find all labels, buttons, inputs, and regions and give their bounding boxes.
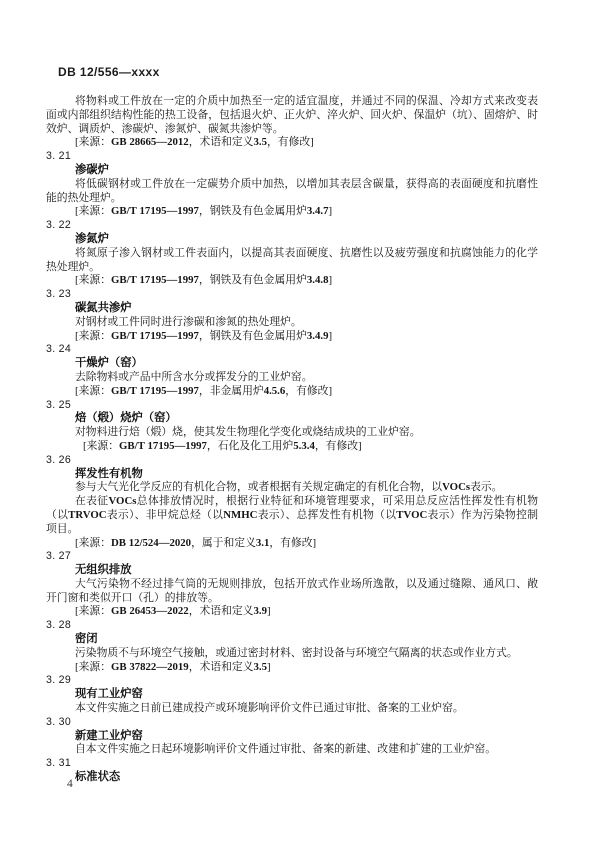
term-section: 3. 27 无组织排放 大气污染物不经过排气筒的无规则排放，包括开放式作业场所逸… (46, 550, 538, 619)
section-number: 3. 27 (46, 550, 538, 564)
latin-text: 17195—1997 (140, 330, 199, 342)
source-line: [来源：GB/T 17195—1997，非金属用炉4.5.6，有修改] (46, 385, 538, 399)
definition-paragraph: 将低碳钢材或工件放在一定碳势介质中加热，以增加其表层含碳量，获得高的表面硬度和抗… (46, 178, 538, 206)
definition-paragraph: 在表征VOCs总体排放情况时，根据行业特征和环境管理要求，可采用总反应活性挥发性… (46, 495, 538, 536)
section-number: 3. 24 (46, 343, 538, 357)
section-paragraphs: 污染物质不与环境空气接触，或通过密封材料、密封设备与环境空气隔离的状态或作业方式… (46, 647, 538, 675)
source-line: [来源：DB 12/524—2020，属于和定义3.1，有修改] (46, 537, 538, 551)
section-term: 密闭 (75, 633, 538, 647)
section-number: 3. 28 (46, 619, 538, 633)
term-section: 3. 24 干燥炉（窑） 去除物料或产品中所含水分或挥发分的工业炉窑。[来源：G… (46, 343, 538, 398)
section-term: 碳氮共渗炉 (75, 302, 538, 316)
latin-text: 3.4.8 (307, 274, 329, 286)
latin-text: 3.1 (256, 537, 270, 549)
section-paragraphs: 大气污染物不经过排气筒的无规则排放，包括开放式作业场所逸散，以及通过缝隙、通风口… (46, 578, 538, 619)
latin-text: VOCs (108, 495, 136, 507)
definition-paragraph: 本文件实施之日前已建成投产或环境影响评价文件已通过审批、备案的工业炉窑。 (46, 702, 538, 716)
source-line: [来源：GB 37822—2019，术语和定义3.5] (46, 661, 538, 675)
latin-text: 12/524—2020 (129, 537, 191, 549)
term-section: 3. 30 新建工业炉窑 自本文件实施之日起环境影响评价文件通过审批、备案的新建… (46, 716, 538, 757)
latin-text: 5.3.4 (293, 440, 315, 452)
latin-text: 17195—1997 (140, 274, 199, 286)
latin-text: GB (111, 136, 127, 148)
latin-text: GB/T (111, 330, 137, 342)
section-number: 3. 21 (46, 150, 538, 164)
section-number: 3. 29 (46, 674, 538, 688)
intro-paragraph: 将物料或工件放在一定的介质中加热至一定的适宜温度，并通过不同的保温、冷却方式来改… (46, 95, 538, 136)
definition-paragraph: 将氮原子渗入钢材或工件表面内，以提高其表面硬度、抗磨性以及疲劳强度和抗腐蚀能力的… (46, 247, 538, 275)
latin-text: GB (111, 605, 127, 617)
section-number: 3. 26 (46, 454, 538, 468)
intro-source-line: [来源：GB 28665—2012，术语和定义3.5，有修改] (46, 136, 538, 150)
latin-text: DB (111, 537, 126, 549)
section-term: 焙（煅）烧炉（窑） (75, 412, 538, 426)
section-number: 3. 31 (46, 757, 538, 771)
section-term: 挥发性有机物 (75, 468, 538, 482)
section-number: 3. 23 (46, 288, 538, 302)
definition-paragraph: 对物料进行焙（煅）烧，使其发生物理化学变化或烧结成块的工业炉窑。 (46, 426, 538, 440)
latin-text: GB/T (119, 440, 145, 452)
definition-paragraph: 去除物料或产品中所含水分或挥发分的工业炉窑。 (46, 371, 538, 385)
latin-text: NMHC (223, 509, 257, 521)
latin-text: 17195—1997 (148, 440, 207, 452)
section-term: 现有工业炉窑 (75, 688, 538, 702)
latin-text: 4.5.6 (264, 385, 286, 397)
latin-text: 17195—1997 (140, 385, 199, 397)
section-paragraphs: 本文件实施之日前已建成投产或环境影响评价文件已通过审批、备案的工业炉窑。 (46, 702, 538, 716)
term-section: 3. 28 密闭 污染物质不与环境空气接触，或通过密封材料、密封设备与环境空气隔… (46, 619, 538, 674)
section-paragraphs: 将氮原子渗入钢材或工件表面内，以提高其表面硬度、抗磨性以及疲劳强度和抗腐蚀能力的… (46, 247, 538, 288)
section-number: 3. 30 (46, 716, 538, 730)
section-term: 无组织排放 (75, 564, 538, 578)
section-term: 渗氮炉 (75, 233, 538, 247)
source-line: [来源：GB/T 17195—1997，钢铁及有色金属用炉3.4.7] (46, 205, 538, 219)
document-page: DB 12/556—xxxx 将物料或工件放在一定的介质中加热至一定的适宜温度，… (0, 0, 600, 848)
section-paragraphs: 去除物料或产品中所含水分或挥发分的工业炉窑。[来源：GB/T 17195—199… (46, 371, 538, 399)
latin-text: 28665—2012 (129, 136, 188, 148)
latin-text: TRVOC (68, 509, 106, 521)
section-term: 标准状态 (75, 771, 538, 785)
latin-text: 3.9 (253, 605, 267, 617)
source-line: [来源：GB 26453—2022，术语和定义3.9] (46, 605, 538, 619)
section-paragraphs: 对钢材或工件同时进行渗碳和渗氮的热处理炉。[来源：GB/T 17195—1997… (46, 316, 538, 344)
section-number: 3. 22 (46, 219, 538, 233)
source-line: [来源：GB/T 17195—1997，钢铁及有色金属用炉3.4.9] (46, 330, 538, 344)
standard-number: DB 12/556—xxxx (58, 65, 160, 79)
source-line: [来源：GB/T 17195—1997，石化及化工用炉5.3.4，有修改] (46, 440, 538, 454)
term-section: 3. 21 渗碳炉 将低碳钢材或工件放在一定碳势介质中加热，以增加其表层含碳量，… (46, 150, 538, 219)
source-line: [来源：GB/T 17195—1997，钢铁及有色金属用炉3.4.8] (46, 274, 538, 288)
definition-paragraph: 大气污染物不经过排气筒的无规则排放，包括开放式作业场所逸散，以及通过缝隙、通风口… (46, 578, 538, 606)
latin-text: GB/T (111, 385, 137, 397)
latin-text: TVOC (396, 509, 427, 521)
section-term: 渗碳炉 (75, 164, 538, 178)
term-section: 3. 25 焙（煅）烧炉（窑） 对物料进行焙（煅）烧，使其发生物理化学变化或烧结… (46, 399, 538, 454)
latin-text: 3.4.7 (307, 205, 329, 217)
term-section: 3. 23 碳氮共渗炉 对钢材或工件同时进行渗碳和渗氮的热处理炉。[来源：GB/… (46, 288, 538, 343)
latin-text: 3.5 (253, 136, 267, 148)
page-number: 4 (67, 778, 73, 790)
section-paragraphs: 自本文件实施之日起环境影响评价文件通过审批、备案的新建、改建和扩建的工业炉窑。 (46, 743, 538, 757)
latin-text: 26453—2022 (129, 605, 188, 617)
latin-text: GB/T (111, 205, 137, 217)
section-term: 干燥炉（窑） (75, 357, 538, 371)
term-section: 3. 29 现有工业炉窑 本文件实施之日前已建成投产或环境影响评价文件已通过审批… (46, 674, 538, 715)
latin-text: GB/T (111, 274, 137, 286)
document-body: 将物料或工件放在一定的介质中加热至一定的适宜温度，并通过不同的保温、冷却方式来改… (46, 95, 538, 785)
definition-paragraph: 对钢材或工件同时进行渗碳和渗氮的热处理炉。 (46, 316, 538, 330)
term-section: 3. 26 挥发性有机物 参与大气光化学反应的有机化合物，或者根据有关规定确定的… (46, 454, 538, 551)
term-section: 3. 31 标准状态 (46, 757, 538, 785)
latin-text: 3.4.9 (307, 330, 329, 342)
definition-paragraph: 自本文件实施之日起环境影响评价文件通过审批、备案的新建、改建和扩建的工业炉窑。 (46, 743, 538, 757)
term-section: 3. 22 渗氮炉 将氮原子渗入钢材或工件表面内，以提高其表面硬度、抗磨性以及疲… (46, 219, 538, 288)
section-number: 3. 25 (46, 399, 538, 413)
section-term: 新建工业炉窑 (75, 730, 538, 744)
document-header: DB 12/556—xxxx (58, 66, 538, 79)
section-paragraphs: 将低碳钢材或工件放在一定碳势介质中加热，以增加其表层含碳量，获得高的表面硬度和抗… (46, 178, 538, 219)
section-paragraphs: 对物料进行焙（煅）烧，使其发生物理化学变化或烧结成块的工业炉窑。[来源：GB/T… (46, 426, 538, 454)
section-paragraphs: 参与大气光化学反应的有机化合物，或者根据有关规定确定的有机化合物，以VOCs表示… (46, 481, 538, 550)
definition-paragraph: 参与大气光化学反应的有机化合物，或者根据有关规定确定的有机化合物，以VOCs表示… (46, 481, 538, 495)
latin-text: 3.5 (253, 661, 267, 673)
latin-text: 37822—2019 (129, 661, 188, 673)
definition-paragraph: 污染物质不与环境空气接触，或通过密封材料、密封设备与环境空气隔离的状态或作业方式… (46, 647, 538, 661)
latin-text: GB (111, 661, 127, 673)
sections-container: 3. 21 渗碳炉 将低碳钢材或工件放在一定碳势介质中加热，以增加其表层含碳量，… (46, 150, 538, 785)
latin-text: 17195—1997 (140, 205, 199, 217)
latin-text: VOCs (442, 481, 470, 493)
